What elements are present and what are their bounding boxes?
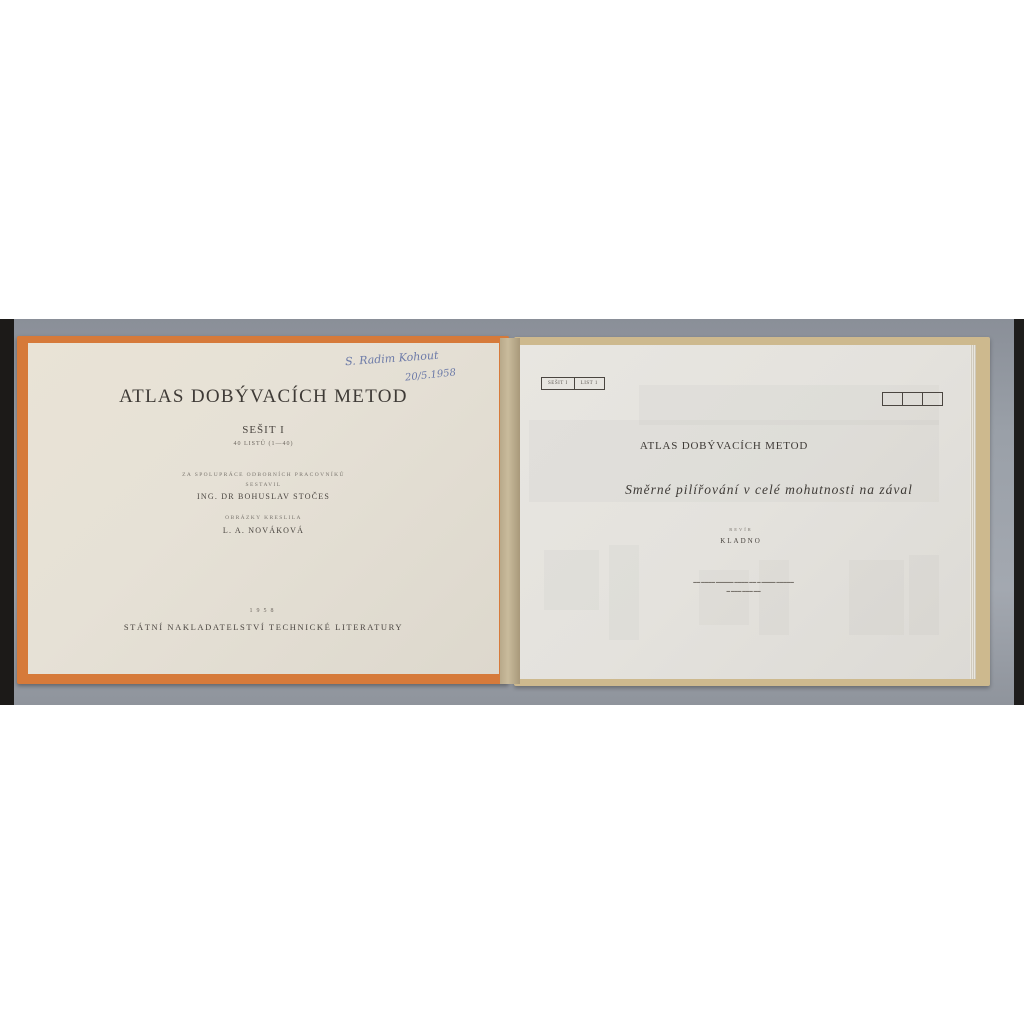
dark-edge-right bbox=[1014, 319, 1024, 705]
compiled-by-label: SESTAVIL bbox=[28, 482, 499, 488]
faint-drawing-block-5 bbox=[849, 560, 904, 635]
faint-drawing-block-6 bbox=[909, 555, 939, 635]
note-line-1: ▬▬ ▬▬▬▬ ▬▬▬▬▬ ▬▬▬▬ ▬▬ ▬ ▬▬▬▬ ▬▬▬▬▬ bbox=[519, 580, 968, 584]
sheet-id-box: SEŠIT I LIST 1 bbox=[541, 377, 605, 390]
district-label: REVÍR bbox=[519, 527, 963, 532]
district-name: KLADNO bbox=[519, 537, 963, 545]
illustrations-label: OBRÁZKY KRESLILA bbox=[28, 515, 499, 521]
empty-cell bbox=[922, 393, 942, 405]
empty-cell bbox=[902, 393, 922, 405]
sheet-title: ATLAS DOBÝVACÍCH METOD bbox=[519, 440, 929, 452]
book-title: ATLAS DOBÝVACÍCH METOD bbox=[28, 386, 499, 408]
sheet-volume-cell: SEŠIT I bbox=[542, 378, 575, 389]
empty-reference-box bbox=[882, 392, 943, 406]
note-line-2: ▬ ▬▬▬ ▬▬▬ ▬▬ bbox=[519, 589, 968, 593]
illustrator-name: L. A. NOVÁKOVÁ bbox=[28, 526, 499, 535]
sheet-number-cell: LIST 1 bbox=[575, 378, 604, 389]
dark-edge-left bbox=[0, 319, 14, 705]
publisher-name: STÁTNÍ NAKLADATELSTVÍ TECHNICKÉ LITERATU… bbox=[28, 622, 499, 632]
volume-label: SEŠIT I bbox=[28, 424, 499, 436]
author-name: ING. DR BOHUSLAV STOČES bbox=[28, 492, 499, 501]
page-stack-edge bbox=[970, 345, 976, 679]
book-spine bbox=[500, 338, 520, 684]
empty-cell bbox=[883, 393, 902, 405]
collaboration-line: ZA SPOLUPRÁCE ODBORNÍCH PRACOVNÍKŮ bbox=[28, 472, 499, 478]
faint-drawing-block-4 bbox=[759, 560, 789, 635]
publication-year: 1958 bbox=[28, 608, 499, 614]
sheet-subtitle: Směrné pilířování v celé mohutnosti na z… bbox=[519, 482, 1019, 498]
faint-drawing-block-3 bbox=[699, 570, 749, 625]
sheet-count: 40 LISTŮ (1—40) bbox=[28, 441, 499, 447]
